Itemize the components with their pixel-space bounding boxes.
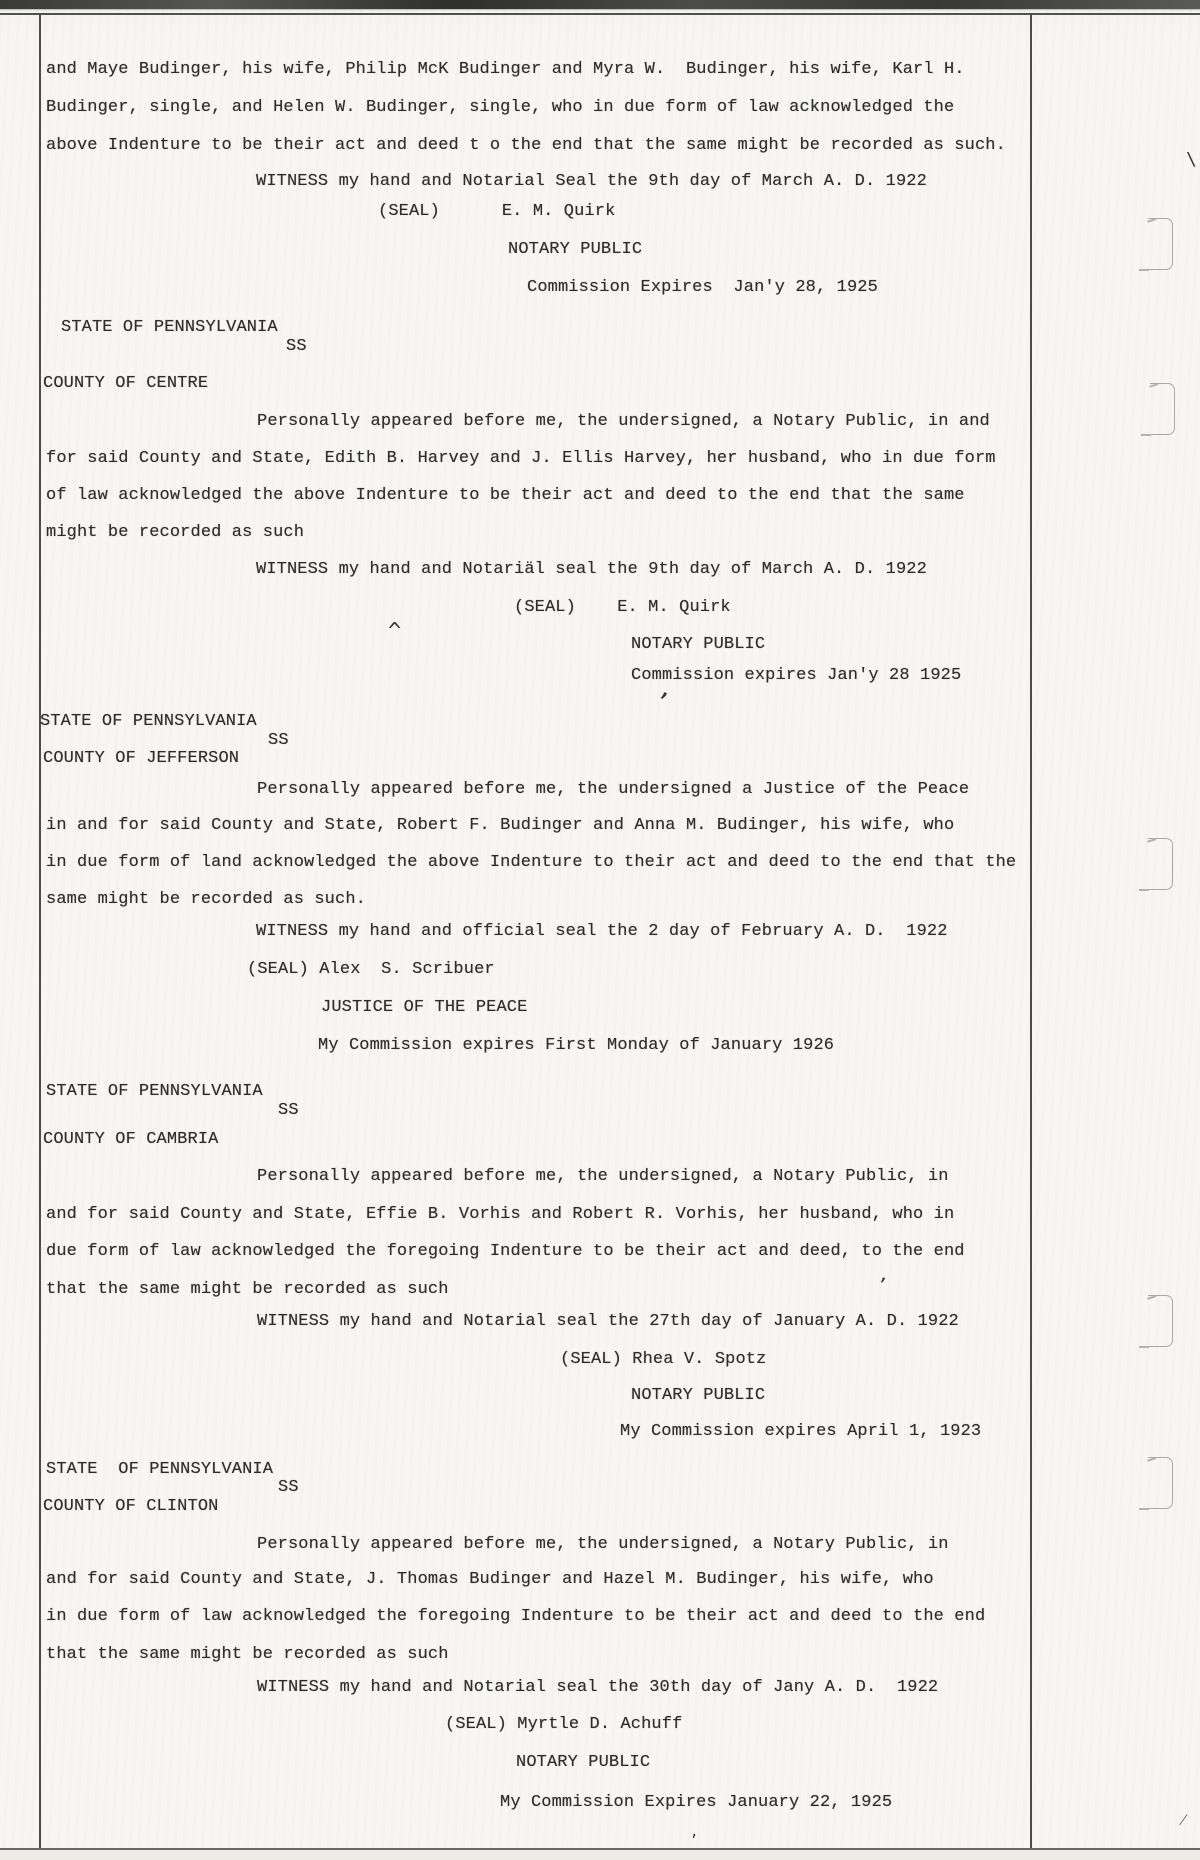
binder-bracket-mark	[1150, 383, 1175, 435]
document-line-clinton: SS	[278, 1476, 299, 1500]
binder-bracket-mark	[1148, 218, 1173, 270]
document-line-centre: STATE OF PENNSYLVANIA	[61, 316, 278, 340]
document-line-cambria: WITNESS my hand and Notarial seal the 27…	[257, 1310, 959, 1334]
document-line-cambria: SS	[278, 1099, 299, 1123]
document-line-clinton: Personally appeared before me, the under…	[257, 1533, 949, 1557]
binder-bracket-mark	[1148, 1457, 1173, 1509]
document-line-clinton: My Commission Expires January 22, 1925	[500, 1791, 892, 1815]
top-horizontal-rule	[0, 13, 1200, 15]
document-line-centre: WITNESS my hand and Notariäl seal the 9t…	[256, 558, 927, 582]
document-line-continuation: above Indenture to be their act and deed…	[46, 134, 1006, 158]
document-line-centre: for said County and State, Edith B. Harv…	[46, 447, 996, 471]
document-line-jefferson: WITNESS my hand and official seal the 2 …	[256, 920, 948, 944]
document-line-continuation: (SEAL) E. M. Quirk	[378, 200, 615, 224]
document-line-jefferson: COUNTY OF JEFFERSON	[43, 747, 239, 771]
document-line-continuation: Budinger, single, and Helen W. Budinger,…	[46, 96, 954, 120]
document-line-cambria: NOTARY PUBLIC	[631, 1384, 765, 1408]
document-line-continuation: Commission Expires Jan'y 28, 1925	[527, 276, 878, 300]
document-line-centre: of law acknowledged the above Indenture …	[46, 484, 965, 508]
stray-ink-mark: \	[1186, 150, 1197, 170]
document-line-clinton: that the same might be recorded as such	[46, 1643, 449, 1667]
document-line-continuation: and Maye Budinger, his wife, Philip McK …	[46, 58, 965, 82]
binder-bracket-mark	[1148, 838, 1173, 890]
document-line-jefferson: Personally appeared before me, the under…	[257, 778, 969, 802]
document-line-clinton: and for said County and State, J. Thomas…	[46, 1568, 934, 1592]
document-line-cambria: (SEAL) Rhea V. Spotz	[560, 1348, 766, 1372]
stray-ink-mark: ,	[690, 1822, 698, 1842]
document-line-cambria: STATE OF PENNSYLVANIA	[46, 1080, 263, 1104]
document-line-cambria: that the same might be recorded as such	[46, 1278, 449, 1302]
document-line-cambria: My Commission expires April 1, 1923	[620, 1420, 981, 1444]
document-line-continuation: NOTARY PUBLIC	[508, 238, 642, 262]
document-line-clinton: in due form of law acknowledged the fore…	[46, 1605, 985, 1629]
document-line-clinton: COUNTY OF CLINTON	[43, 1495, 218, 1519]
document-line-jefferson: SS	[268, 729, 289, 753]
document-line-centre: (SEAL) E. M. Quirk	[514, 596, 731, 620]
document-line-cambria: and for said County and State, Effie B. …	[46, 1203, 954, 1227]
document-line-jefferson: in due form of land acknowledged the abo…	[46, 851, 1016, 875]
stray-ink-mark: ⁄	[1182, 1810, 1185, 1830]
document-line-jefferson: JUSTICE OF THE PEACE	[321, 996, 527, 1020]
document-line-centre: NOTARY PUBLIC	[631, 633, 765, 657]
left-margin-rule	[39, 13, 41, 1850]
document-line-jefferson: STATE OF PENNSYLVANIA	[40, 710, 257, 734]
document-line-centre: Commission expires Jan'y 28 1925	[631, 664, 961, 688]
binder-bracket-mark	[1148, 1295, 1173, 1347]
document-line-cambria: due form of law acknowledged the foregoi…	[46, 1240, 965, 1264]
document-line-continuation: WITNESS my hand and Notarial Seal the 9t…	[256, 170, 927, 194]
document-line-clinton: WITNESS my hand and Notarial seal the 30…	[257, 1676, 938, 1700]
document-line-centre: Personally appeared before me, the under…	[257, 410, 990, 434]
document-line-jefferson: My Commission expires First Monday of Ja…	[318, 1034, 834, 1058]
document-line-jefferson: (SEAL) Alex S. Scribuer	[247, 958, 495, 982]
scan-top-edge-band	[0, 0, 1200, 9]
document-line-clinton: STATE OF PENNSYLVANIA	[46, 1458, 273, 1482]
document-line-cambria: Personally appeared before me, the under…	[257, 1165, 949, 1189]
document-line-cambria: COUNTY OF CAMBRIA	[43, 1128, 218, 1152]
right-margin-rule	[1030, 13, 1032, 1850]
document-line-jefferson: in and for said County and State, Robert…	[46, 814, 954, 838]
document-line-centre: might be recorded as such	[46, 521, 304, 545]
scan-bottom-edge-area	[0, 1850, 1200, 1860]
stray-ink-mark: ^	[388, 622, 401, 642]
document-line-jefferson: same might be recorded as such.	[46, 888, 366, 912]
document-line-clinton: (SEAL) Myrtle D. Achuff	[445, 1713, 682, 1737]
document-line-centre: SS	[286, 335, 307, 359]
document-line-clinton: NOTARY PUBLIC	[516, 1751, 650, 1775]
document-line-centre: COUNTY OF CENTRE	[43, 372, 208, 396]
